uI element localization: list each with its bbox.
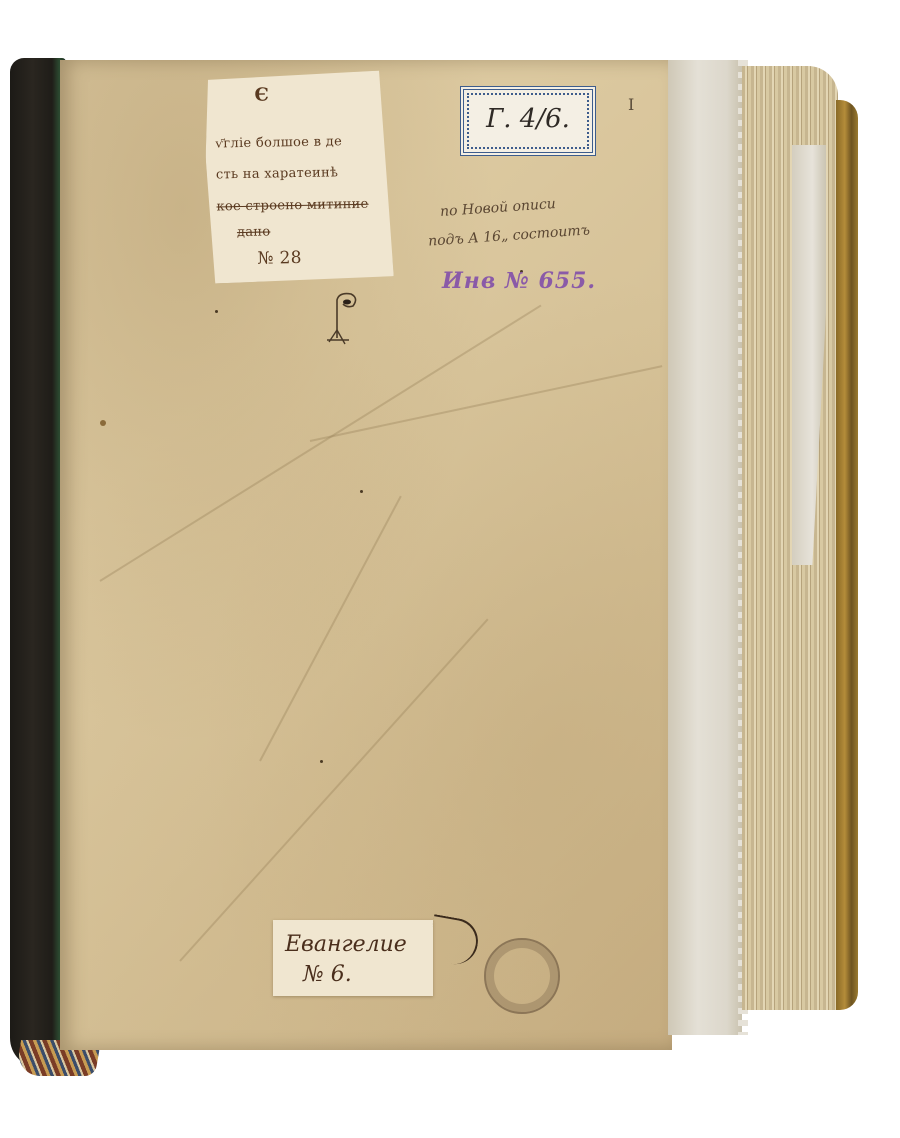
title-label-line1: Евангелие xyxy=(285,932,407,957)
label-line: сть на харатеинѣ xyxy=(216,164,386,182)
label-line: ѵ҃гліе болшое в де xyxy=(215,132,385,151)
page-crease xyxy=(99,305,541,582)
ink-speck xyxy=(215,310,218,313)
label-line-struck: дано xyxy=(237,222,387,240)
stain xyxy=(100,420,106,426)
monogram-icon xyxy=(325,290,365,350)
roman-numeral: I xyxy=(628,95,634,114)
shelfmark-text: Г. 4/6. xyxy=(464,104,592,134)
title-label: Евангелие № 6. xyxy=(273,920,433,996)
label-letter: Є xyxy=(254,82,384,105)
page-crease xyxy=(179,618,488,961)
ink-speck xyxy=(320,760,323,763)
label-line-struck: кое строено митиние xyxy=(216,196,386,214)
inventory-number-stamp: Инв № 655. xyxy=(442,268,596,294)
old-inventory-label: Є ѵ҃гліе болшое в де сть на харатеинѣ ко… xyxy=(204,70,394,283)
manuscript-book: Є ѵ҃гліе болшое в де сть на харатеинѣ ко… xyxy=(0,0,900,1138)
page-crease xyxy=(259,496,402,762)
gilt-board-edge xyxy=(836,100,858,1010)
title-label-line2: № 6. xyxy=(303,962,352,987)
book-spine xyxy=(10,58,66,1068)
ink-speck xyxy=(360,490,363,493)
library-seal-icon xyxy=(484,938,560,1014)
protective-tissue xyxy=(668,60,742,1035)
label-number: № 28 xyxy=(257,246,387,268)
page-crease xyxy=(310,365,663,442)
shelfmark-label: Г. 4/6. xyxy=(460,86,596,156)
